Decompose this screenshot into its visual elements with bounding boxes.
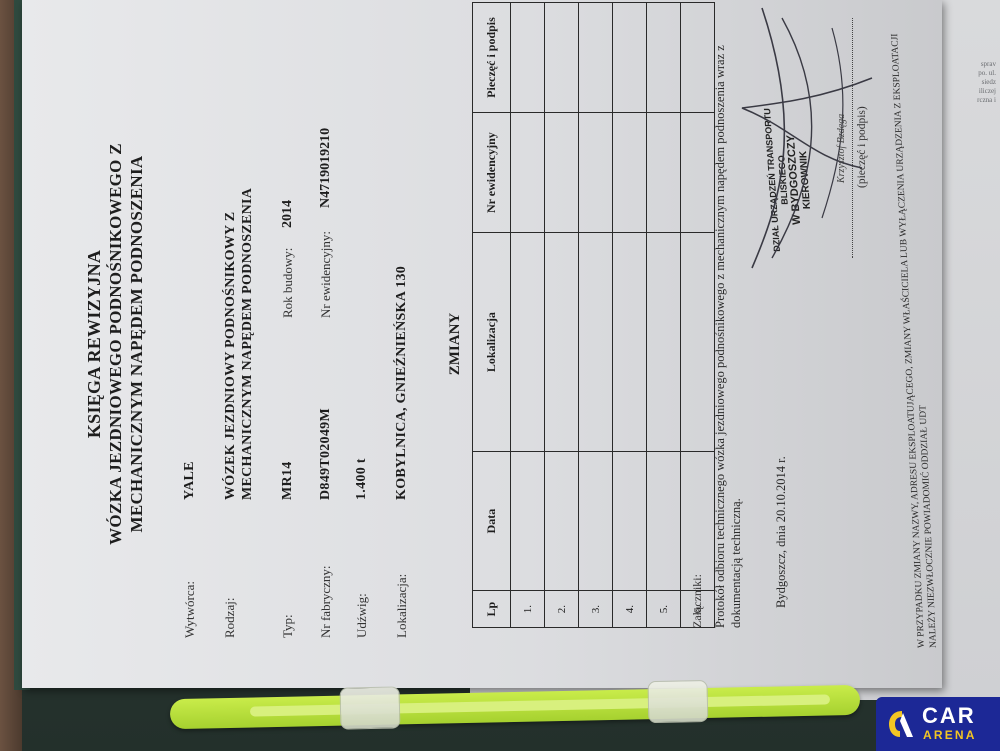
binder-clip-inner [250, 694, 830, 716]
col-data: Data [473, 451, 511, 590]
binder-clip-slider [340, 686, 401, 729]
table-row: 5. [647, 3, 681, 628]
changes-table-header: Lp Data Lokalizacja Nr ewidencyjny Piecz… [473, 3, 511, 628]
underlying-page-text: sprav po. ul. siedz iliczej rczna i [966, 60, 996, 105]
document-page-rotated: KSIĘGA REWIZYJNA WÓZKA JEZDNIOWEGO PODNO… [22, 0, 942, 688]
place-and-date: Bydgoszcz, dnia 20.10.2014 r. [774, 456, 789, 608]
table-row: 4. [613, 3, 647, 628]
col-lokalizacja: Lokalizacja [473, 233, 511, 452]
changes-heading: ZMIANY [447, 0, 464, 688]
col-pieczec: Pieczęć i podpis [473, 3, 511, 113]
table-row: 3. [579, 3, 613, 628]
col-lp: Lp [473, 591, 511, 628]
changes-table: Lp Data Lokalizacja Nr ewidencyjny Piecz… [472, 2, 715, 628]
binder-clip-slider [647, 680, 708, 723]
document-sheet: KSIĘGA REWIZYJNA WÓZKA JEZDNIOWEGO PODNO… [22, 0, 942, 688]
footer-notice: W przypadku zmiany nazwy, adresu eksploa… [888, 8, 940, 648]
car-arena-logo-icon [888, 709, 914, 739]
attachments-label: Załączniki: [690, 574, 705, 628]
signature-name: Krzysztof Bzdęga [836, 114, 847, 183]
table-row: 6. [681, 3, 715, 628]
table-row: 1. [511, 3, 545, 628]
table-row: 2. [545, 3, 579, 628]
signature-caption: (pieczęć i podpis) [856, 106, 868, 188]
col-nr-ewidencyjny: Nr ewidencyjny [473, 113, 511, 233]
signature-line [852, 18, 853, 258]
document-title: KSIĘGA REWIZYJNA WÓZKA JEZDNIOWEGO PODNO… [84, 0, 147, 688]
car-arena-watermark: CAR ARENA [876, 697, 1000, 751]
